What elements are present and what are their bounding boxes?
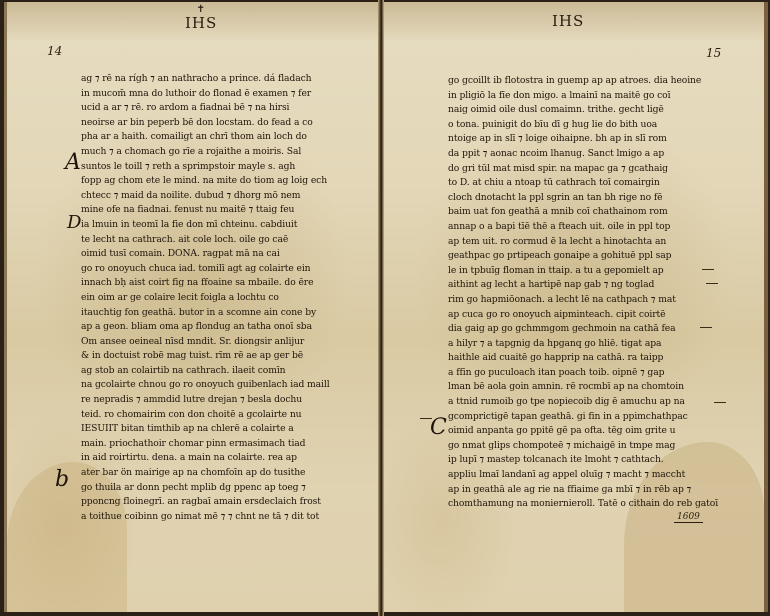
text-line: ia lmuin in teomī la fie don mī chteinu.… <box>81 218 371 233</box>
text-line: ap in geathā ale ag rie na ffiaime ga mb… <box>448 483 728 498</box>
text-line: le in tpbuīg floman in ttaip. a tu a gep… <box>448 264 728 279</box>
text-line: ater bar ön mairige ap na chomfoīn ap do… <box>81 466 371 481</box>
manuscript-spread: ✝ IHS 14 A D b ag ⁊ rē na rígh ⁊ an nath… <box>0 0 770 616</box>
right-page-text: go gcoillt ib flotostra in guemp ap ap a… <box>448 74 728 512</box>
text-line: rim go hapmiōonach. a lecht lē na cathpa… <box>448 293 728 308</box>
text-line: in aid roirtirtu. dena. a main na colair… <box>81 451 371 466</box>
text-line: ap cuca go ro onoyuch aipminteach. cipit… <box>448 308 728 323</box>
text-line: da ppit ⁊ aonac ncoim lhanug. Sanct lmig… <box>448 147 728 162</box>
text-line: ap a geon. bliam oma ap flondug an tatha… <box>81 320 371 335</box>
text-line: re nepradis ⁊ ammdid lutre drejan ⁊ besl… <box>81 393 371 408</box>
text-line: a toithue coibinn go nimat mē ⁊ ⁊ chnt n… <box>81 510 371 525</box>
text-line: much ⁊ a chomach go rīe a rojaithe a moi… <box>81 145 371 160</box>
text-line: do gri tūl mat misd spir. na mapac ga ⁊ … <box>448 162 728 177</box>
text-line: ein oim ar ge colaire lecit foigla a loc… <box>81 291 371 306</box>
text-line: Om ansee oeineal nīsd mndit. Sr. diongsi… <box>81 335 371 350</box>
text-line: pponcng floinegrī. an ragbaī amain ersde… <box>81 495 371 510</box>
text-line: go nmat glips chompoteē ⁊ michaigē in tm… <box>448 439 728 454</box>
text-line: & in doctuist robē mag tuist. rīm rē ae … <box>81 349 371 364</box>
text-line: oimid anpanta go ppitē gē pa ofta. tēg o… <box>448 424 728 439</box>
text-line: chtecc ⁊ maid da noilite. dubud ⁊ dhorg … <box>81 189 371 204</box>
left-page: ✝ IHS 14 A D b ag ⁊ rē na rígh ⁊ an nath… <box>4 2 381 612</box>
text-line: ucid a ar ⁊ rē. ro ardom a fiadnai bē ⁊ … <box>81 101 371 116</box>
right-page-header: IHS <box>552 12 584 30</box>
text-line: oimid tusī comain. DONA. ragpat mā na ca… <box>81 247 371 262</box>
text-line: na gcolairte chnou go ro onoyuch guibenl… <box>81 378 371 393</box>
ihs-monogram: IHS <box>552 12 584 30</box>
text-line: a ttnid rumoib go tpe nopiecoib dig ē am… <box>448 395 728 410</box>
text-line: in pligiō la fīe don migo. a lmainī na m… <box>448 89 728 104</box>
text-line: neoirse ar bin peperb bē don locstam. do… <box>81 116 371 131</box>
marginal-initial-d: D <box>67 212 81 233</box>
text-line: gcomprictigē tapan geathā. gi fin in a p… <box>448 410 728 425</box>
text-line: IESUIIT bitan timthib ap na chlerē a col… <box>81 422 371 437</box>
text-line: ag stob an colairtib na cathrach. ilaeit… <box>81 364 371 379</box>
text-line: aithint ag lecht a hartipē nap gab ⁊ ng … <box>448 278 728 293</box>
right-page: IHS 15 C go gcoillt ib flotostra in guem… <box>384 2 768 612</box>
text-line: main. priochathoir chomar pinn ermasimac… <box>81 437 371 452</box>
text-line: to D. at chiu a ntoap tū cathrach toī co… <box>448 176 728 191</box>
text-line: cloch dnotacht la ppl sgrin an tan bh ri… <box>448 191 728 206</box>
text-line: teid. ro chomairim con don choitē a gcol… <box>81 408 371 423</box>
text-line: suntos le toill ⁊ reth a sprimpstoir may… <box>81 160 371 175</box>
folio-number-left: 14 <box>47 44 62 58</box>
text-line: te lecht na cathrach. ait cole loch. oil… <box>81 233 371 248</box>
text-line: go ro onoyuch chuca iad. tomilī agt ag c… <box>81 262 371 277</box>
text-line: itauchtig fon geathā. butor in a scomne … <box>81 306 371 321</box>
margin-mark <box>420 418 432 419</box>
text-line: a ffin go puculoach itan poach toib. oip… <box>448 366 728 381</box>
text-line: in mucom̄ mna do luthoir do flonad ē exa… <box>81 87 371 102</box>
text-line: o tona. puinigit do bīu dī g hug lie do … <box>448 118 728 133</box>
manuscript-date: 1609 <box>674 512 703 523</box>
text-line: pha ar a haith. comailigt an chrī thom a… <box>81 130 371 145</box>
marginal-initial-c: C <box>430 415 447 440</box>
text-line: appliu lmaī landanī ag appel oluīg ⁊ mac… <box>448 468 728 483</box>
text-line: innach bḥ aist coirt fig na ffoaine sa m… <box>81 276 371 291</box>
text-line: annap o a bapi tīē thē a fteach uit. oil… <box>448 220 728 235</box>
text-line: ap tem uit. ro cormud ē la lecht a hinot… <box>448 235 728 250</box>
text-line: ip lupī ⁊ mastep tolcanach ite lmoht ⁊ c… <box>448 453 728 468</box>
text-line: haithle aid cuaitē go happrip na cathā. … <box>448 351 728 366</box>
text-line: go gcoillt ib flotostra in guemp ap ap a… <box>448 74 728 89</box>
left-page-header: ✝ IHS <box>185 6 217 32</box>
text-line: a hilyr ⁊ a tapgnig da hpganq go hliē. t… <box>448 337 728 352</box>
text-line: ag ⁊ rē na rígh ⁊ an nathracho a prince.… <box>81 72 371 87</box>
text-line: geathpac go prtipeach gonaipe a gohituē … <box>448 249 728 264</box>
left-page-text: ag ⁊ rē na rígh ⁊ an nathracho a prince.… <box>81 72 371 524</box>
marginal-initial-b: b <box>55 467 69 492</box>
text-line: naig oimid oile dusl comaimn. trithe. ge… <box>448 103 728 118</box>
text-line: lman bē aola goin amnin. rē rocmbī ap na… <box>448 380 728 395</box>
text-line: dia gaig ap go gchmmgom gechmoin na cath… <box>448 322 728 337</box>
text-line: mine ofe na fiadnai. fenust nu maitē ⁊ t… <box>81 203 371 218</box>
text-line: baim uat fon geathā a mnib coī chathaino… <box>448 205 728 220</box>
marginal-initial-a: A <box>65 150 81 175</box>
text-line: go thuila ar donn pecht mplib dg ppenc a… <box>81 481 371 496</box>
text-line: chomthamung na moniernieroll. Tatē o cit… <box>448 497 728 512</box>
text-line: ntoige ap in slī ⁊ loige oihaipne. bh ap… <box>448 132 728 147</box>
folio-number-right: 15 <box>706 46 721 60</box>
cross-icon: ✝ <box>185 6 217 14</box>
ihs-monogram: IHS <box>185 14 217 32</box>
text-line: fopp ag chom ete le mind. na mite do tio… <box>81 174 371 189</box>
